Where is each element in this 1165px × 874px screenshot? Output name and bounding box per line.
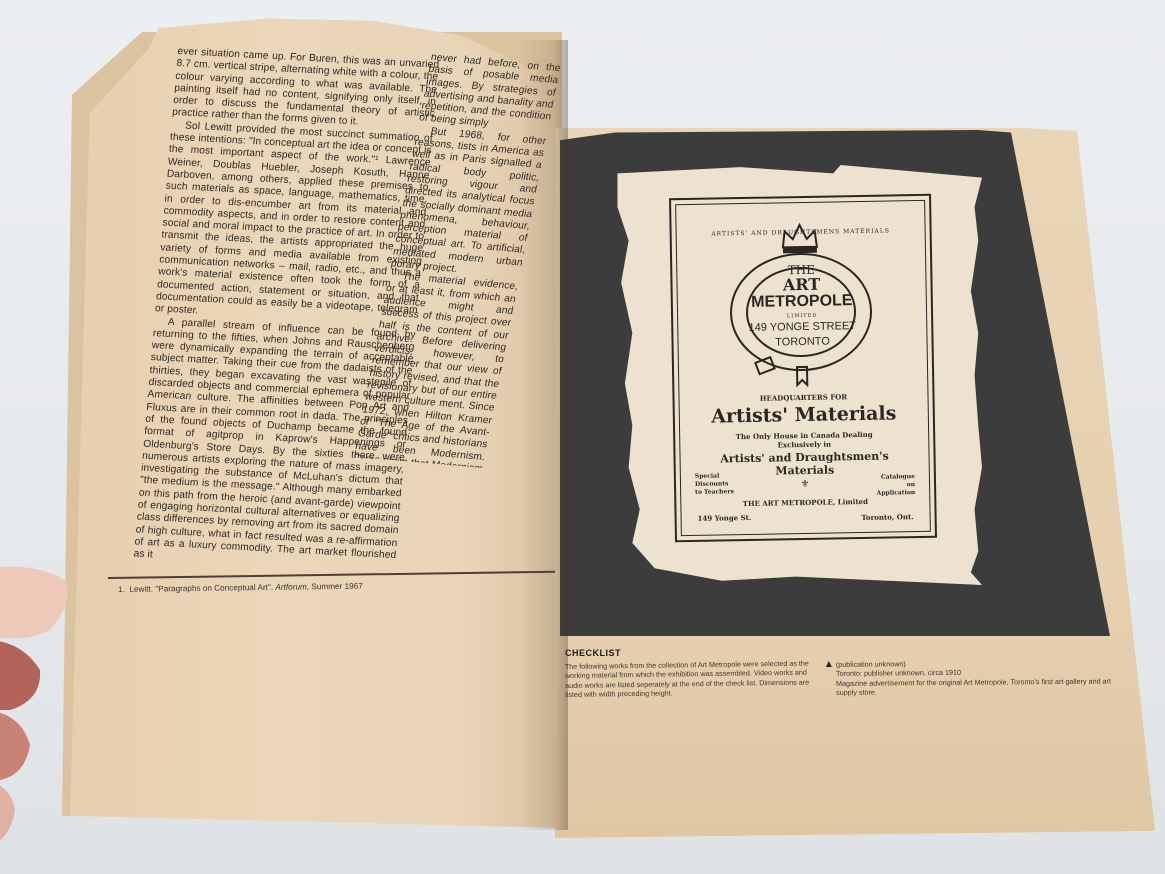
paragraph: ever situation came up. For Buren, this … [172, 46, 440, 133]
ad-company: THE ART METROPOLE, Limited [681, 496, 929, 509]
ad-metropole: METROPOLE [678, 291, 926, 313]
ad-location: Toronto, Ont. [861, 512, 913, 522]
checklist-intro: The following works from the collection … [565, 659, 816, 700]
triangle-marker-icon [826, 661, 832, 667]
footnote-source: Artforum, [275, 582, 309, 591]
advertisement-inner-frame: ARTISTS' AND DRAUGHTSMENS MATERIALS THE … [675, 200, 931, 536]
ad-headline: Artists' Materials [680, 402, 928, 428]
footnote-date: Summer 1967 [311, 582, 363, 592]
ad-right-note: Catalogue on Application [876, 473, 915, 498]
checklist-heading: CHECKLIST [565, 648, 621, 658]
hand-holding-book [0, 560, 90, 874]
advertisement-frame: ARTISTS' AND DRAUGHTSMENS MATERIALS THE … [669, 194, 937, 543]
footnote-number: 1. [118, 585, 125, 594]
ad-address: 149 Yonge St. [698, 513, 752, 523]
entry-description: Magazine advertisement for the original … [826, 676, 1116, 697]
entry-title: (publication unknown) [836, 659, 906, 669]
checklist-entry: (publication unknown) Toronto: publisher… [826, 657, 1116, 697]
book-gutter-shadow [518, 40, 568, 830]
